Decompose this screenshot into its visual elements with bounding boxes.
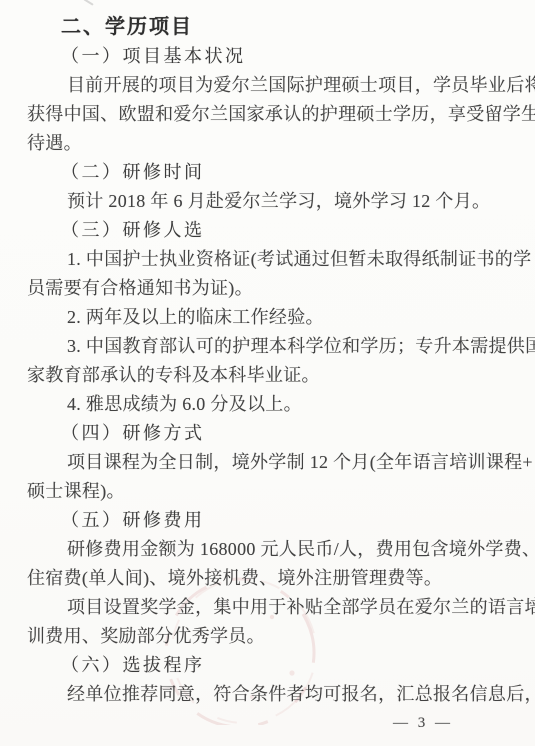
text-line: 硕士课程)。	[27, 477, 511, 506]
document-heading: 二、学历项目	[27, 13, 511, 42]
text-line: 研修费用金额为 168000 元人民币/人，费用包含境外学费、	[27, 535, 511, 564]
section-title: （四）研修方式	[27, 419, 511, 448]
text-line: 2. 两年及以上的临床工作经验。	[27, 303, 511, 332]
text-line: 员需要有合格通知书为证)。	[27, 274, 511, 303]
text-line: 住宿费(单人间)、境外接机费、境外注册管理费等。	[27, 564, 511, 593]
text-line: 获得中国、欧盟和爱尔兰国家承认的护理硕士学历，享受留学生	[27, 100, 511, 129]
section-title: （五）研修费用	[27, 506, 511, 535]
text-line: 目前开展的项目为爱尔兰国际护理硕士项目，学员毕业后将	[27, 71, 511, 100]
document-content: 二、学历项目（一）项目基本状况目前开展的项目为爱尔兰国际护理硕士项目，学员毕业后…	[0, 0, 535, 738]
text-line: 预计 2018 年 6 月赴爱尔兰学习，境外学习 12 个月。	[27, 187, 511, 216]
text-line: 家教育部承认的专科及本科毕业证。	[27, 361, 511, 390]
document-lines: 二、学历项目（一）项目基本状况目前开展的项目为爱尔兰国际护理硕士项目，学员毕业后…	[27, 13, 511, 709]
text-line: 3. 中国教育部认可的护理本科学位和学历；专升本需提供国	[27, 332, 511, 361]
text-line: 经单位推荐同意，符合条件者均可报名，汇总报名信息后，	[27, 680, 511, 709]
section-title: （六）选拔程序	[27, 651, 511, 680]
section-title: （一）项目基本状况	[27, 42, 511, 71]
page-number: — 3 —	[27, 709, 511, 738]
text-line: 项目设置奖学金，集中用于补贴全部学员在爱尔兰的语言培	[27, 593, 511, 622]
text-line: 训费用、奖励部分优秀学员。	[27, 622, 511, 651]
text-line: 待遇。	[27, 129, 511, 158]
text-line: 4. 雅思成绩为 6.0 分及以上。	[27, 390, 511, 419]
text-line: 1. 中国护士执业资格证(考试通过但暂未取得纸制证书的学	[27, 245, 511, 274]
section-title: （二）研修时间	[27, 158, 511, 187]
scanned-document-page: 二、学历项目（一）项目基本状况目前开展的项目为爱尔兰国际护理硕士项目，学员毕业后…	[0, 0, 535, 746]
text-line: 项目课程为全日制，境外学制 12 个月(全年语言培训课程+	[27, 448, 511, 477]
section-title: （三）研修人选	[27, 216, 511, 245]
